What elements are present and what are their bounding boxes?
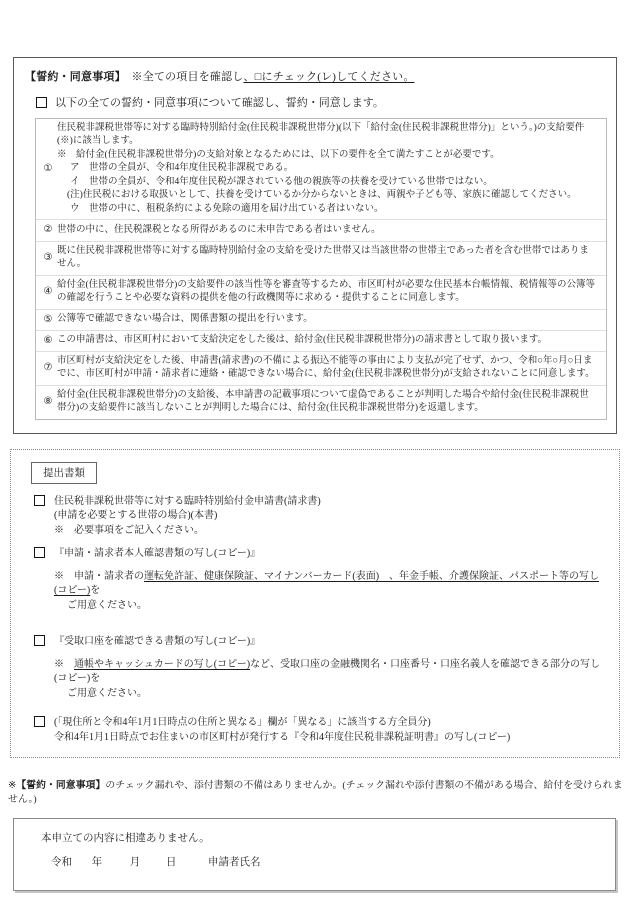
pledge-item-number: ⑤ [39,313,57,327]
text-line: ※ 給付金(住民税非課税世帯分)の支給対象となるためには、以下の要件を全て満たす… [57,149,598,162]
text-span: 既に住民税非課税世帯等に対する臨時特別給付金の支給を受けた世帯又は当該世帯の世帯… [57,246,589,269]
final-note: ※【誓約・同意事項】のチェック漏れや、添付書類の不備はありませんか。(チェック漏… [8,777,628,805]
text-span: ご用意ください。 [67,600,147,611]
document-checkbox[interactable] [34,547,45,558]
pledge-title-heading: 【誓約・同意事項】 [25,71,120,83]
pledge-section: 【誓約・同意事項】 ※全ての項目を確認し、□にチェック(レ)してください。 以下… [13,57,617,434]
pledge-item: ⑤公簿等で確認できない場合は、関係書類の提出を行います。 [36,310,606,331]
text-line: 『申請・請求者本人確認書類の写し(コピー)』 [54,547,605,562]
pledge-title-note-underlined: 、□にチェック(レ)してください。 [244,71,415,83]
text-span: 住民税非課税世帯等に対する臨時特別給付金申請書(請求書) [54,496,321,507]
text-line: (「現住所と令和4年1月1日時点の住所と異なる」欄が「異なる」に該当する方全員分… [54,716,605,731]
text-line: ※ 申請・請求者の運転免許証、健康保険証、マイナンバーカード(表面) 、年金手帳… [54,570,605,599]
pledge-item: ①住民税非課税世帯等に対する臨時特別給付金(住民税非課税世帯分)(以下「給付金(… [36,119,606,220]
text-span: 『受取口座を確認できる書類の写し(コピー)』 [54,636,260,647]
pledge-item-text: 世帯の中に、住民税課税となる所得があるのに未申告である者はいません。 [57,224,598,237]
text-line: ア 世帯の全員が、令和4年度住民税非課税である。 [57,162,598,175]
agree-row: 以下の全ての誓約・同意事項について確認し、誓約・同意します。 [36,94,607,110]
pledge-item-text: 給付金(住民税非課税世帯分)の支給後、本申請書の記載事項について虚偽であることが… [57,389,598,416]
text-span: この申請書は、市区町村において支給決定をした後は、給付金(住民税非課税世帯分)の… [57,335,547,345]
text-span: イ 世帯の全員が、令和4年度住民税が課されている他の親族等の扶養を受けている世帯… [70,177,493,187]
text-span: 通帳やキャッシュカードの写し(コピー) [74,659,250,670]
text-line: 給付金(住民税非課税世帯分)の支給後、本申請書の記載事項について虚偽であることが… [57,389,598,416]
document-item: 『申請・請求者本人確認書類の写し(コピー)』※ 申請・請求者の運転免許証、健康保… [34,547,605,613]
text-line: (注)住民税における取扱いとして、扶養を受けているか分からないときは、両親や子ど… [57,189,598,202]
text-line: 住民税非課税世帯等に対する臨時特別給付金申請書(請求書) [54,495,605,510]
text-line: ご用意ください。 [54,599,605,614]
text-span: (申請を必要とする世帯の場合)(本書) [54,510,217,521]
pledge-item: ②世帯の中に、住民税課税となる所得があるのに未申告である者はいません。 [36,220,606,241]
documents-label: 提出書類 [31,462,97,484]
document-item: (「現住所と令和4年1月1日時点の住所と異なる」欄が「異なる」に該当する方全員分… [34,716,605,745]
text-span: 公簿等で確認できない場合は、関係書類の提出を行います。 [57,314,313,324]
pledge-item: ③既に住民税非課税世帯等に対する臨時特別給付金の支給を受けた世帯又は当該世帯の世… [36,242,606,276]
pledge-item-number: ② [39,223,57,237]
day-label: 日 [166,854,177,869]
pledge-item-number: ① [39,162,57,176]
text-span: ※ 申請・請求者の [54,571,144,582]
pledge-item-text: 住民税非課税世帯等に対する臨時特別給付金(住民税非課税世帯分)(以下「給付金(住… [57,122,598,216]
pledge-item-number: ⑦ [39,361,57,375]
pledge-item-text: 給付金(住民税非課税世帯分)の支給要件の該当性等を審査等するため、市区町村が必要… [57,279,598,306]
text-line: イ 世帯の全員が、令和4年度住民税が課されている他の親族等の扶養を受けている世帯… [57,176,598,189]
document-item-text: 住民税非課税世帯等に対する臨時特別給付金申請書(請求書)(申請を必要とする世帯の… [54,495,605,539]
year-label: 年 [92,854,103,869]
document-item: 住民税非課税世帯等に対する臨時特別給付金申請書(請求書)(申請を必要とする世帯の… [34,495,605,539]
pledge-item-number: ⑥ [39,334,57,348]
pledge-title: 【誓約・同意事項】 ※全ての項目を確認し、□にチェック(レ)してください。 [25,68,607,84]
text-line: 住民税非課税世帯等に対する臨時特別給付金(住民税非課税世帯分)(以下「給付金(住… [57,122,598,149]
document-item-text: (「現住所と令和4年1月1日時点の住所と異なる」欄が「異なる」に該当する方全員分… [54,716,605,745]
text-span: (「現住所と令和4年1月1日時点の住所と異なる」欄が「異なる」に該当する方全員分… [54,717,431,728]
form-page: 【誓約・同意事項】 ※全ての項目を確認し、□にチェック(レ)してください。 以下… [0,0,630,891]
agree-all-checkbox[interactable] [36,97,47,108]
text-span: 住民税非課税世帯等に対する臨時特別給付金(住民税非課税世帯分)(以下「給付金(住… [57,123,584,146]
text-span: ※ 必要事項をご記入ください。 [54,525,204,536]
text-line: 『受取口座を確認できる書類の写し(コピー)』 [54,635,605,650]
text-span: 世帯の中に、住民税課税となる所得があるのに未申告である者はいません。 [57,225,381,235]
text-line: ウ 世帯の中に、租税条約による免除の適用を届け出ている者はいない。 [57,203,598,216]
documents-list: 住民税非課税世帯等に対する臨時特別給付金申請書(請求書)(申請を必要とする世帯の… [27,495,605,746]
agree-all-label: 以下の全ての誓約・同意事項について確認し、誓約・同意します。 [55,94,384,110]
text-line: 令和4年1月1日時点でお住まいの市区町村が発行する『令和4年度住民税非課税証明書… [54,731,605,746]
document-checkbox[interactable] [34,495,45,506]
pledge-item: ⑦市区町村が支給決定をした後、申請書(請求書)の不備による振込不能等の事由により… [36,352,606,386]
text-span: 市区町村が支給決定をした後、申請書(請求書)の不備による振込不能等の事由により支… [57,356,595,379]
applicant-name-label: 申請者氏名 [208,854,261,869]
text-span: を [90,585,100,596]
pledge-item: ⑧給付金(住民税非課税世帯分)の支給後、本申請書の記載事項について虚偽であること… [36,386,606,419]
era-label: 令和 [51,854,72,869]
document-checkbox[interactable] [34,716,45,727]
pledge-item: ⑥この申請書は、市区町村において支給決定をした後は、給付金(住民税非課税世帯分)… [36,331,606,352]
text-span: 『申請・請求者本人確認書類の写し(コピー)』 [54,548,260,559]
pledge-title-note: ※全ての項目を確認し [120,71,243,83]
document-item: 『受取口座を確認できる書類の写し(コピー)』※ 通帳やキャッシュカードの写し(コ… [34,635,605,701]
pledge-item-text: この申請書は、市区町村において支給決定をした後は、給付金(住民税非課税世帯分)の… [57,334,598,347]
text-span: 給付金(住民税非課税世帯分)の支給後、本申請書の記載事項について虚偽であることが… [57,390,589,413]
text-line: 給付金(住民税非課税世帯分)の支給要件の該当性等を審査等するため、市区町村が必要… [57,279,598,306]
text-span: ※ 給付金(住民税非課税世帯分)の支給対象となるためには、以下の要件を全て満たす… [57,150,500,160]
text-line: 既に住民税非課税世帯等に対する臨時特別給付金の支給を受けた世帯又は当該世帯の世帯… [57,245,598,272]
pledge-items-box: ①住民税非課税世帯等に対する臨時特別給付金(住民税非課税世帯分)(以下「給付金(… [35,118,607,420]
text-span: ※ [54,659,74,670]
text-line: 世帯の中に、住民税課税となる所得があるのに未申告である者はいません。 [57,224,598,237]
declaration-section: 本申立ての内容に相違ありません。 令和 年 月 日 申請者氏名 [13,818,616,891]
text-span: 令和4年1月1日時点でお住まいの市区町村が発行する『令和4年度住民税非課税証明書… [54,732,510,743]
month-label: 月 [130,854,141,869]
document-item-text: 『受取口座を確認できる書類の写し(コピー)』※ 通帳やキャッシュカードの写し(コ… [54,635,605,701]
pledge-item: ④給付金(住民税非課税世帯分)の支給要件の該当性等を審査等するため、市区町村が必… [36,276,606,310]
pledge-item-number: ③ [39,251,57,265]
documents-section: 提出書類 住民税非課税世帯等に対する臨時特別給付金申請書(請求書)(申請を必要と… [10,449,620,759]
final-note-emphasis: 【誓約・同意事項】 [16,780,105,791]
declaration-statement: 本申立ての内容に相違ありません。 [41,830,605,845]
pledge-item-text: 公簿等で確認できない場合は、関係書類の提出を行います。 [57,313,598,326]
text-line: ご用意ください。 [54,687,605,702]
pledge-item-text: 既に住民税非課税世帯等に対する臨時特別給付金の支給を受けた世帯又は当該世帯の世帯… [57,245,598,272]
text-line: 公簿等で確認できない場合は、関係書類の提出を行います。 [57,313,598,326]
text-span: 給付金(住民税非課税世帯分)の支給要件の該当性等を審査等するため、市区町村が必要… [57,280,595,303]
pledge-item-number: ④ [39,285,57,299]
document-checkbox[interactable] [34,635,45,646]
text-line: この申請書は、市区町村において支給決定をした後は、給付金(住民税非課税世帯分)の… [57,334,598,347]
text-span: ア 世帯の全員が、令和4年度住民税非課税である。 [70,163,293,173]
text-span: (注)住民税における取扱いとして、扶養を受けているか分からないときは、両親や子ど… [67,190,577,200]
text-line: 市区町村が支給決定をした後、申請書(請求書)の不備による振込不能等の事由により支… [57,355,598,382]
text-line: (申請を必要とする世帯の場合)(本書) [54,509,605,524]
pledge-item-number: ⑧ [39,395,57,409]
declaration-date-line: 令和 年 月 日 申請者氏名 [41,854,605,869]
document-item-text: 『申請・請求者本人確認書類の写し(コピー)』※ 申請・請求者の運転免許証、健康保… [54,547,605,613]
pledge-item-text: 市区町村が支給決定をした後、申請書(請求書)の不備による振込不能等の事由により支… [57,355,598,382]
text-span: ウ 世帯の中に、租税条約による免除の適用を届け出ている者はいない。 [70,204,384,214]
text-span: ご用意ください。 [67,688,147,699]
text-line: ※ 必要事項をご記入ください。 [54,524,605,539]
text-line: ※ 通帳やキャッシュカードの写し(コピー)など、受取口座の金融機関名・口座番号・… [54,658,605,687]
